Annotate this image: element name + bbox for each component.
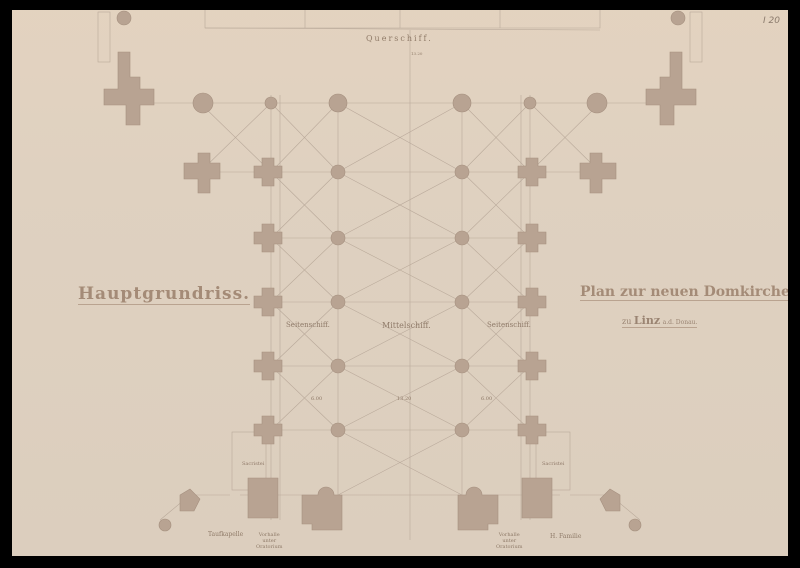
main-title: Hauptgrundriss. [78, 284, 250, 305]
drawing-sheet: Querschiff. Hauptgrundriss. Plan zur neu… [12, 10, 788, 556]
floor-plan-drawing [12, 10, 788, 556]
right-vestibule-label: Vorhalle unter Oratorium [496, 532, 522, 550]
dim-left-bay: 6.00 [311, 396, 322, 402]
left-vestibule-label: Vorhalle unter Oratorium [256, 532, 282, 550]
plan-title: Plan zur neuen Domkirche [580, 284, 788, 301]
left-chapel-label: Taufkapelle [208, 531, 243, 538]
plan-title-line1: Plan zur neuen Domkirche [580, 284, 788, 300]
right-aisle-label: Seitenschiff. [487, 321, 531, 329]
transept-label: Querschiff. [366, 34, 433, 43]
sheet-number: I 20 [763, 16, 780, 26]
dim-transept: 13.20 [411, 51, 422, 56]
left-vestibule-line3: Oratorium [256, 544, 282, 550]
right-sacristy-label: Sacristei [542, 461, 564, 467]
dim-right-bay: 6.00 [481, 396, 492, 402]
plan-location-prefix: zu [622, 317, 631, 326]
left-sacristy-label: Sacristei [242, 461, 264, 467]
nave-label: Mittelschiff. [382, 321, 431, 330]
plan-location-city: Linz [634, 314, 660, 327]
plan-location: zu Linz a.d. Donau. [622, 314, 697, 328]
left-aisle-label: Seitenschiff. [286, 321, 330, 329]
dim-center-bay: 13.20 [397, 396, 411, 402]
right-vestibule-line3: Oratorium [496, 544, 522, 550]
right-chapel-label: H. Familie [550, 533, 581, 540]
plan-location-suffix: a.d. Donau. [663, 319, 698, 326]
